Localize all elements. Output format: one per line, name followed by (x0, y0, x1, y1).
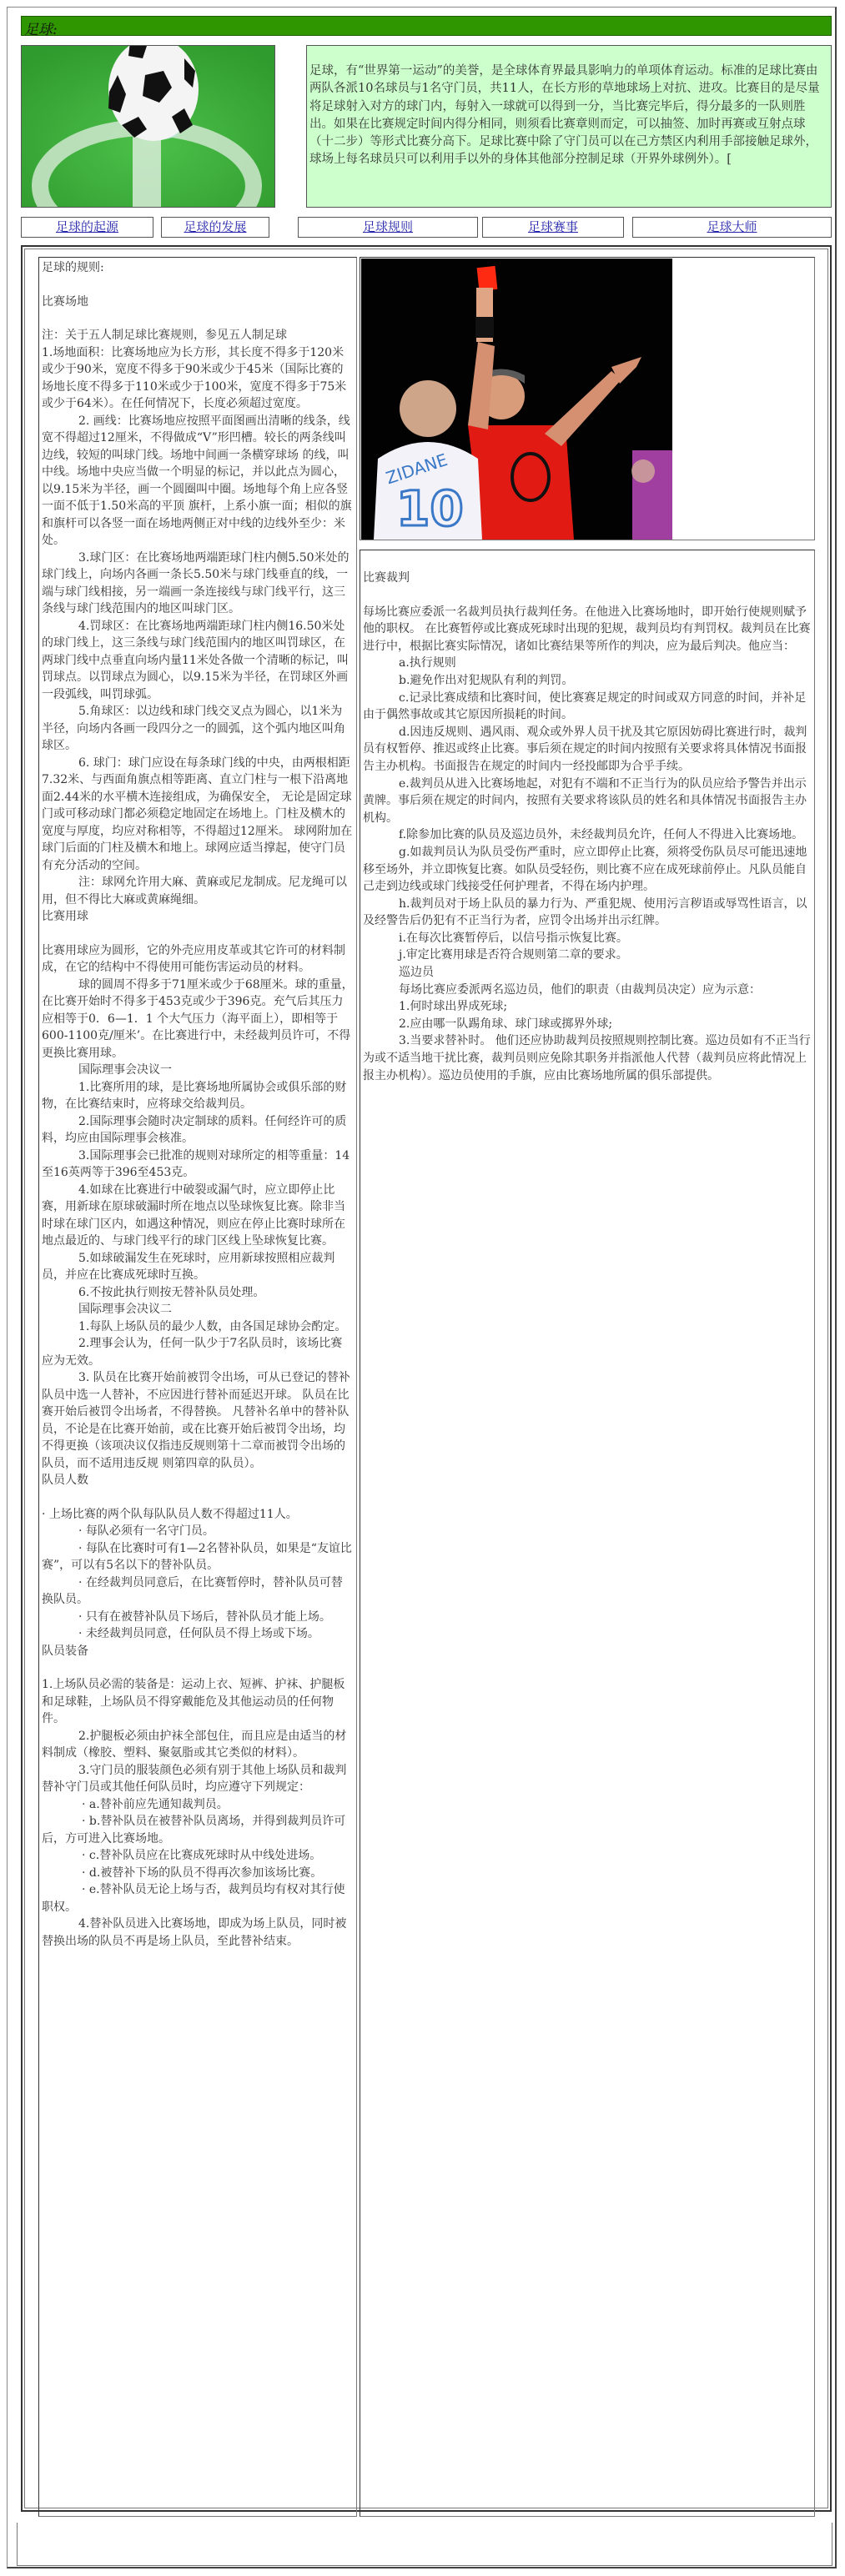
nav-item-origin[interactable]: 足球的起源 (21, 217, 153, 238)
equipment-item-2: 2.护腿板必须由护袜全部包住，而且应是由适当的材料制成（橡胶、塑料、聚氨脂或其它… (42, 1728, 354, 1762)
field-rule-6: 6. 球门：球门应设在每条球门线的中央，由两根相距7.32米、与西面角旗点相等距… (42, 755, 354, 875)
referee-duty-c: c.记录比赛成绩和比赛时间，使比赛赛足规定的时间或双方同意的时间，并补足由于偶然… (363, 690, 812, 724)
ifab1-item-2: 2.国际理事会随时决定制球的质料。任何经许可的质料，均应由国际理事会核准。 (42, 1113, 354, 1147)
nav-item-masters[interactable]: 足球大师 (632, 217, 832, 238)
ifab2-item-2: 2.理事会认为，任何一队少于7名队员时，该场比赛应为无效。 (42, 1335, 354, 1369)
rules-column: 足球的规则: 比赛场地 注：关于五人制足球比赛规则，参见五人制足球 1.场地面积… (38, 257, 357, 2517)
page-title: 足球: (24, 18, 58, 38)
footer-panel (17, 2523, 832, 2566)
field-rule-1: 1.场地面积：比赛场地应为长方形，其长度不得多于120米或少于90米，宽度不得多… (42, 344, 354, 413)
equipment-item-3a: · a.替补前应先通知裁判员。 (42, 1796, 354, 1814)
referee-duty-i: i.在每次比赛暂停后，以信号指示恢复比赛。 (363, 930, 812, 947)
soccer-ball-image (21, 45, 275, 208)
ifab2-item-1: 1.每队上场队员的最少人数，由各国足球协会酌定。 (42, 1318, 354, 1336)
ball-rule-1: 比赛用球应为圆形，它的外壳应用皮革或其它许可的材料制成，在它的结构中不得使用可能… (42, 942, 354, 977)
nav-item-rules[interactable]: 足球规则 (298, 217, 478, 238)
equipment-item-3b: · b.替补队员在被替补队员离场，并得到裁判员许可后，方可进入比赛场地。 (42, 1813, 354, 1847)
ball-rule-2: 球的圆周不得多于71厘米或少于68厘米。球的重量，在比赛开始时不得多于453克或… (42, 977, 354, 1062)
nav-item-events[interactable]: 足球赛事 (482, 217, 624, 238)
linesman-item-2: 2.应由哪一队踢角球、球门球或掷界外球; (363, 1016, 812, 1033)
nav-link-events[interactable]: 足球赛事 (528, 219, 578, 234)
ifab2-item-3: 3. 队员在比赛开始前被罚令出场，可从已登记的替补队员中选一人替补，不应因进行替… (42, 1369, 354, 1472)
equipment-item-3: 3.守门员的服装颜色必须有别于其他上场队员和裁判替补守门员或其他任何队员时，均应… (42, 1762, 354, 1796)
referee-column: 比赛裁判 每场比赛应委派一名裁判员执行裁判任务。在他进入比赛场地时，即开始行使规… (360, 550, 815, 2517)
section-title-linesman: 巡边员 (363, 964, 812, 982)
ifab1-item-6: 6.不按此执行则按无替补队员处理。 (42, 1284, 354, 1302)
section-title-ball: 比赛用球 (42, 908, 354, 926)
referee-duty-h: h.裁判员对于场上队员的暴力行为、严重犯规、使用污言秽语或辱骂性语言，以及经警告… (363, 896, 812, 930)
intro-text: 足球，有“世界第一运动”的美誉，是全球体育界最具影响力的单项体育运动。标准的足球… (306, 45, 832, 208)
section-title-players: 队员人数 (42, 1472, 354, 1489)
field-note: 注：关于五人制足球比赛规则，参见五人制足球 (42, 327, 354, 344)
field-rule-3: 3.球门区：在比赛场地两端距球门柱内侧5.50米处的球门线上，向场内各画一条长5… (42, 550, 354, 618)
nav-item-development[interactable]: 足球的发展 (161, 217, 269, 238)
field-rule-4: 4.罚球区：在比赛场地两端距球门柱内侧16.50米处的球门线上，这三条线与球门线… (42, 618, 354, 704)
players-item-6: · 未经裁判员同意，任何队员不得上场或下场。 (42, 1625, 354, 1643)
linesman-intro: 每场比赛应委派两名巡边员，他们的职责（由裁判员决定）应为示意： (363, 982, 812, 999)
ifab-resolution-1-title: 国际理事会决议一 (42, 1062, 354, 1079)
players-item-2: · 每队必须有一名守门员。 (42, 1523, 354, 1540)
players-item-5: · 只有在被替补队员下场后，替补队员才能上场。 (42, 1609, 354, 1626)
referee-duty-e: e.裁判员从进入比赛场地起，对犯有不端和不正当行为的队员应给予警告并出示黄牌。事… (363, 776, 812, 827)
ifab1-item-4: 4.如球在比赛进行中破裂或漏气时，应立即停止比赛，用新球在原球破漏时所在地点以坠… (42, 1182, 354, 1250)
equipment-item-3c: · c.替补队员应在比赛成死球时从中线处进场。 (42, 1847, 354, 1865)
section-title-referee: 比赛裁判 (363, 570, 812, 587)
field-net-note: 注：球网允许用大麻、黄麻或尼龙制成。尼龙绳可以用，但不得比大麻或黄麻绳细。 (42, 874, 354, 908)
referee-red-card-icon: ZIDANE 10 (361, 259, 672, 540)
referee-intro: 每场比赛应委派一名裁判员执行裁判任务。在他进入比赛场地时，即开始行使规则赋予他的… (363, 604, 812, 655)
field-rule-2: 2. 画线：比赛场地应按照平面图画出清晰的线条，线宽不得超过12厘米，不得做成“… (42, 413, 354, 550)
referee-duty-f: f.除参加比赛的队员及巡边员外，未经裁判员允许，任何人不得进入比赛场地。 (363, 826, 812, 844)
nav-link-masters[interactable]: 足球大师 (707, 219, 757, 234)
svg-text:10: 10 (396, 480, 464, 537)
section-title-equipment: 队员装备 (42, 1643, 354, 1660)
linesman-item-3: 3.当要求替补时。 他们还应协助裁判员按照规则控制比赛。巡边员如有不正当行为或不… (363, 1032, 812, 1084)
referee-image-box: ZIDANE 10 (360, 257, 815, 540)
section-title-field: 比赛场地 (42, 294, 354, 311)
ifab1-item-5: 5.如球破漏发生在死球时，应用新球按照相应裁判员，并应在比赛成死球时互换。 (42, 1250, 354, 1284)
page-title-bar: 足球: (21, 16, 832, 36)
players-item-3: · 每队在比赛时可有1—2名替补队员，如果是“友谊比赛”，可以有5名以下的替补队… (42, 1540, 354, 1574)
referee-duty-d: d.因违反规则、遇风雨、观众或外界人员干扰及其它原因妨碍比赛进行时，裁判员有权暂… (363, 724, 812, 776)
nav-link-origin[interactable]: 足球的起源 (56, 219, 118, 234)
rules-heading: 足球的规则: (42, 259, 354, 277)
equipment-item-3e: · e.替补队员无论上场与否，裁判员均有权对其行使职权。 (42, 1881, 354, 1916)
linesman-item-1: 1.何时球出界成死球; (363, 998, 812, 1016)
referee-duty-a: a.执行规则 (363, 655, 812, 672)
referee-red-card-image: ZIDANE 10 (361, 259, 672, 540)
ifab1-item-3: 3.国际理事会已批准的规则对球所定的相等重量：14至16英两等于396至453克… (42, 1147, 354, 1182)
referee-duty-b: b.避免作出对犯规队有利的判罚。 (363, 672, 812, 690)
equipment-item-4: 4.替补队员进入比赛场地，即成为场上队员，同时被替换出场的队员不再是场上队员，至… (42, 1916, 354, 1950)
soccer-ball-icon (22, 46, 275, 208)
field-rule-5: 5.角球区：以边线和球门线交叉点为圆心，以1米为半径，向场内各画一段四分之一的圆… (42, 703, 354, 755)
equipment-item-3d: · d.被替补下场的队员不得再次参加该场比赛。 (42, 1865, 354, 1882)
ifab-resolution-2-title: 国际理事会决议二 (42, 1301, 354, 1318)
equipment-item-1: 1.上场队员必需的装备是：运动上衣、短裤、护袜、护腿板和足球鞋，上场队员不得穿戴… (42, 1676, 354, 1728)
referee-duty-g: g.如裁判员认为队员受伤严重时，应立即停止比赛，须将受伤队员尽可能迅速地移至场外… (363, 844, 812, 896)
referee-duty-j: j.审定比赛用球是否符合规则第二章的要求。 (363, 947, 812, 964)
nav-link-development[interactable]: 足球的发展 (184, 219, 246, 234)
nav-link-rules[interactable]: 足球规则 (363, 219, 413, 234)
players-item-1: · 上场比赛的两个队每队队员人数不得超过11人。 (42, 1506, 354, 1524)
ifab1-item-1: 1.比赛所用的球，是比赛场地所属协会或俱乐部的财物，在比赛结束时，应将球交给裁判… (42, 1079, 354, 1113)
players-item-4: · 在经裁判员同意后，在比赛暂停时，替补队员可替换队员。 (42, 1574, 354, 1609)
